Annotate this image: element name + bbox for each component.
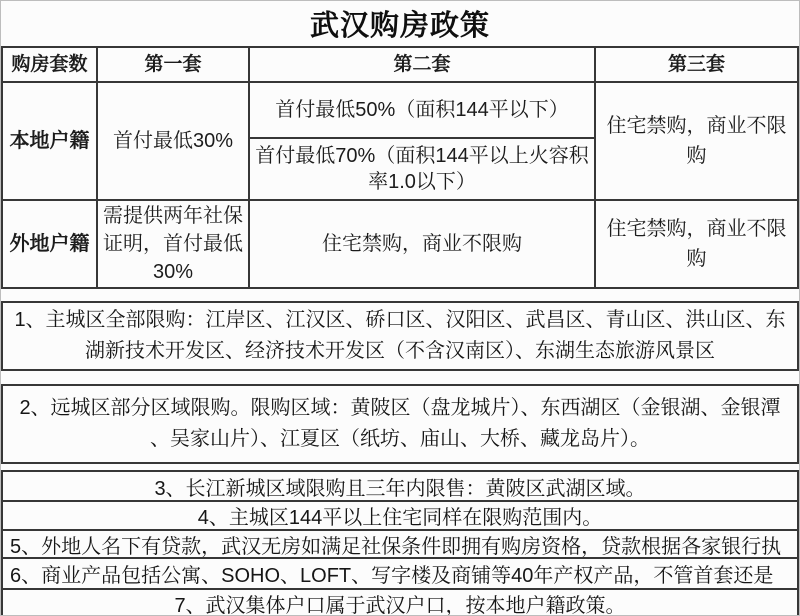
note-6-commercial-products: 6、商业产品包括公寓、SOHO、LOFT、写字楼及商铺等40年产权产品，不管首套… — [1, 557, 799, 590]
cell-local-second-home-over144: 首付最低70%（面积144平以上火容积率1.0以下） — [250, 139, 594, 199]
note-7-collective-hukou: 7、武汉集体户口属于武汉户口，按本地户籍政策。 — [1, 588, 799, 616]
note-3-changjiang-new-town: 3、长江新城区域限购且三年内限售：黄陂区武湖区域。 — [1, 470, 799, 502]
title-bar: 武汉购房政策 — [1, 1, 799, 46]
cell-nonlocal-third-home: 住宅禁购，商业不限购 — [596, 201, 797, 287]
cell-local-first-home: 首付最低30% — [98, 83, 248, 199]
row-label-local-hukou: 本地户籍 — [3, 83, 96, 199]
note-5-nonlocal-with-loan: 5、外地人名下有贷款，武汉无房如满足社保条件即拥有购房资格，贷款根据各家银行执 — [1, 529, 799, 559]
cell-local-third-home: 住宅禁购，商业不限购 — [596, 83, 797, 199]
page-title: 武汉购房政策 — [310, 3, 490, 44]
note-2-line-1: 2、远城区部分区域限购。限购区域：黄陂区（盘龙城片）、东西湖区（金银湖、金银潭 — [3, 393, 797, 424]
cell-nonlocal-first-home: 需提供两年社保证明，首付最低30% — [98, 201, 248, 287]
note-2-outer-districts-restricted: 2、远城区部分区域限购。限购区域：黄陂区（盘龙城片）、东西湖区（金银湖、金银潭 … — [1, 384, 799, 464]
cell-nonlocal-second-home: 住宅禁购，商业不限购 — [250, 201, 594, 287]
cell-local-second-home-under144: 首付最低50%（面积144平以下） — [250, 83, 594, 137]
note-1-main-districts-restricted: 1、主城区全部限购：江岸区、江汉区、硚口区、汉阳区、武昌区、青山区、洪山区、东 … — [1, 301, 799, 371]
policy-table: 购房套数 第一套 第二套 第三套 本地户籍 首付最低30% 首付最低50%（面积… — [1, 46, 799, 289]
header-second-home: 第二套 — [250, 48, 594, 81]
header-first-home: 第一套 — [98, 48, 248, 81]
note-1-line-2: 湖新技术开发区、经济技术开发区（不含汉南区）、东湖生态旅游风景区 — [3, 336, 797, 367]
wuhan-housing-policy-sheet: 武汉购房政策 购房套数 第一套 第二套 第三套 本地户籍 首付最低30% 首付最… — [0, 0, 800, 616]
row-label-nonlocal-hukou: 外地户籍 — [3, 201, 96, 287]
header-third-home: 第三套 — [596, 48, 797, 81]
note-2-line-2: 、吴家山片）、江夏区（纸坊、庙山、大桥、藏龙岛片）。 — [3, 424, 797, 455]
note-4-over-144sqm: 4、主城区144平以上住宅同样在限购范围内。 — [1, 500, 799, 531]
note-1-line-1: 1、主城区全部限购：江岸区、江汉区、硚口区、汉阳区、武昌区、青山区、洪山区、东 — [3, 305, 797, 336]
header-unit-count: 购房套数 — [3, 48, 96, 81]
